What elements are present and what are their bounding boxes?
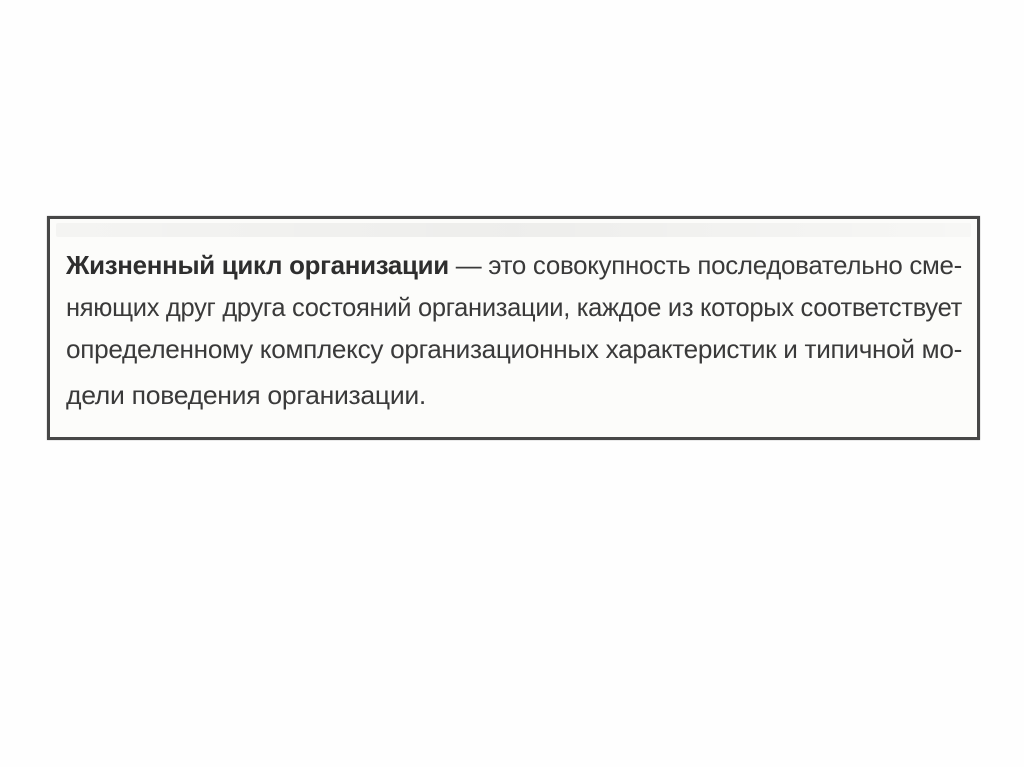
definition-text-3: определенному комплексу организационных …	[66, 334, 962, 364]
definition-text-2: няющих друг друга состояний организации,…	[66, 292, 962, 322]
definition-term: Жизненный цикл организации	[66, 250, 449, 280]
definition-text-1: — это совокупность последовательно сме-	[449, 250, 962, 280]
definition-line-3: определенному комплексу организационных …	[66, 334, 962, 364]
slide: Жизненный цикл организации — это совокуп…	[0, 0, 1024, 767]
bleed-through-text	[56, 223, 971, 237]
definition-line-2: няющих друг друга состояний организации,…	[66, 292, 962, 322]
definition-line-1: Жизненный цикл организации — это совокуп…	[66, 250, 962, 280]
definition-text-4: дели поведения организации.	[66, 380, 426, 410]
definition-box: Жизненный цикл организации — это совокуп…	[47, 216, 980, 440]
definition-line-4: дели поведения организации.	[66, 380, 962, 410]
